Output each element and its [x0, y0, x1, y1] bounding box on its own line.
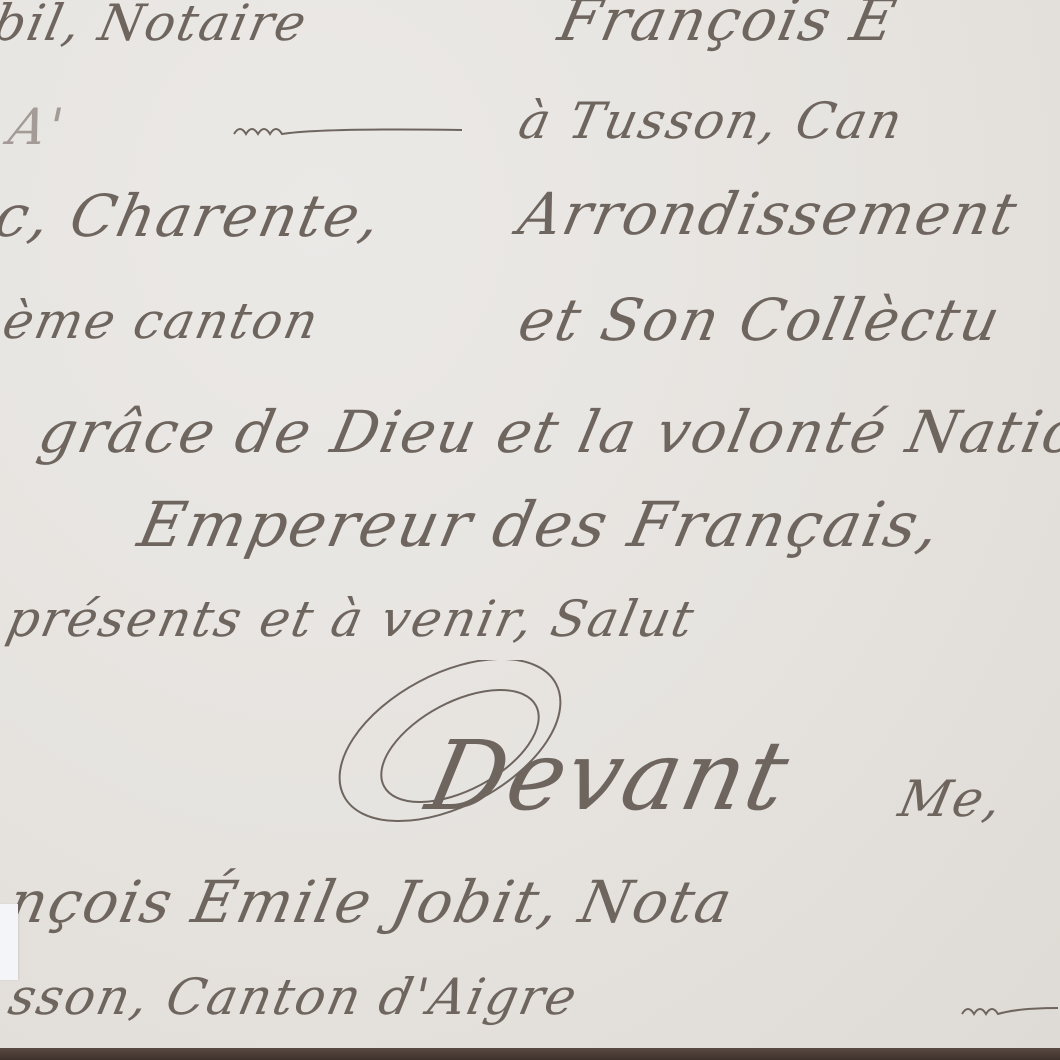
text-line: présents et à venir, Salut: [2, 590, 701, 648]
line-filler-flourish: [960, 1000, 1060, 1024]
text-line: Empereur des Français,: [132, 488, 948, 561]
line-filler-flourish: [230, 118, 470, 142]
text-line: grâce de Dieu et la volonté Nation: [33, 398, 1060, 466]
text-line: Arrondissement: [513, 180, 1025, 248]
text-line: à Tusson, Can: [514, 92, 909, 150]
frame-edge: [0, 1048, 1060, 1060]
text-line: c, Charente,: [0, 182, 388, 250]
text-line: ème canton: [0, 292, 325, 350]
text-line: nçois Émile Jobit, Nota: [3, 868, 740, 936]
text-line: et Son Collèctu: [513, 286, 1008, 354]
paper-label-patch: [0, 904, 18, 980]
text-line: Me,: [894, 770, 1009, 828]
text-line: Devant: [418, 720, 799, 832]
text-line: sson, Canton d'Aigre: [4, 968, 584, 1026]
text-line: François É: [553, 0, 904, 54]
text-line: bil, Notaire: [0, 0, 313, 52]
